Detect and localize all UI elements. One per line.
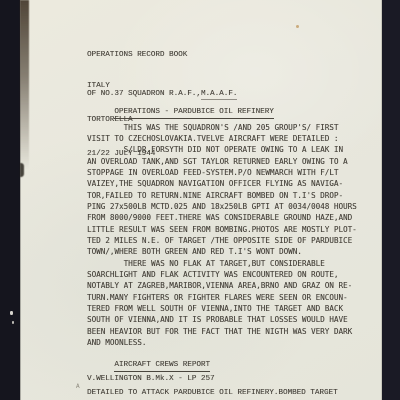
aircraft-identifier: V.WELLINGTON B.Mk.X - LP 257 [87,375,215,383]
margin-annotation: A [76,383,80,390]
location-country: ITALY [87,81,155,92]
page-edge-notch [20,163,24,177]
scan-artifact-speck [12,321,14,324]
scan-artifact-speck [296,25,299,28]
page-edge-shadow [20,0,29,170]
operations-narrative: THIS WAS THE SQUADRON'S /AND 205 GROUP'S… [87,122,357,349]
crews-heading-text: AIRCRAFT CREWS REPORT [114,361,210,372]
doc-title-line2-suffix: M.A.A.F. [201,90,237,100]
crew-report-first-line: DETAILED TO ATTACK PARDUBICE OIL REFINER… [87,389,338,397]
scan-artifact-speck [10,311,13,315]
document-page: OPERATIONS RECORD BOOK OF NO.37 SQUADRON… [20,0,382,400]
scan-background: OPERATIONS RECORD BOOK OF NO.37 SQUADRON… [0,0,400,400]
operations-heading-text: OPERATIONS - PARDUBICE OIL REFINERY [114,108,274,119]
